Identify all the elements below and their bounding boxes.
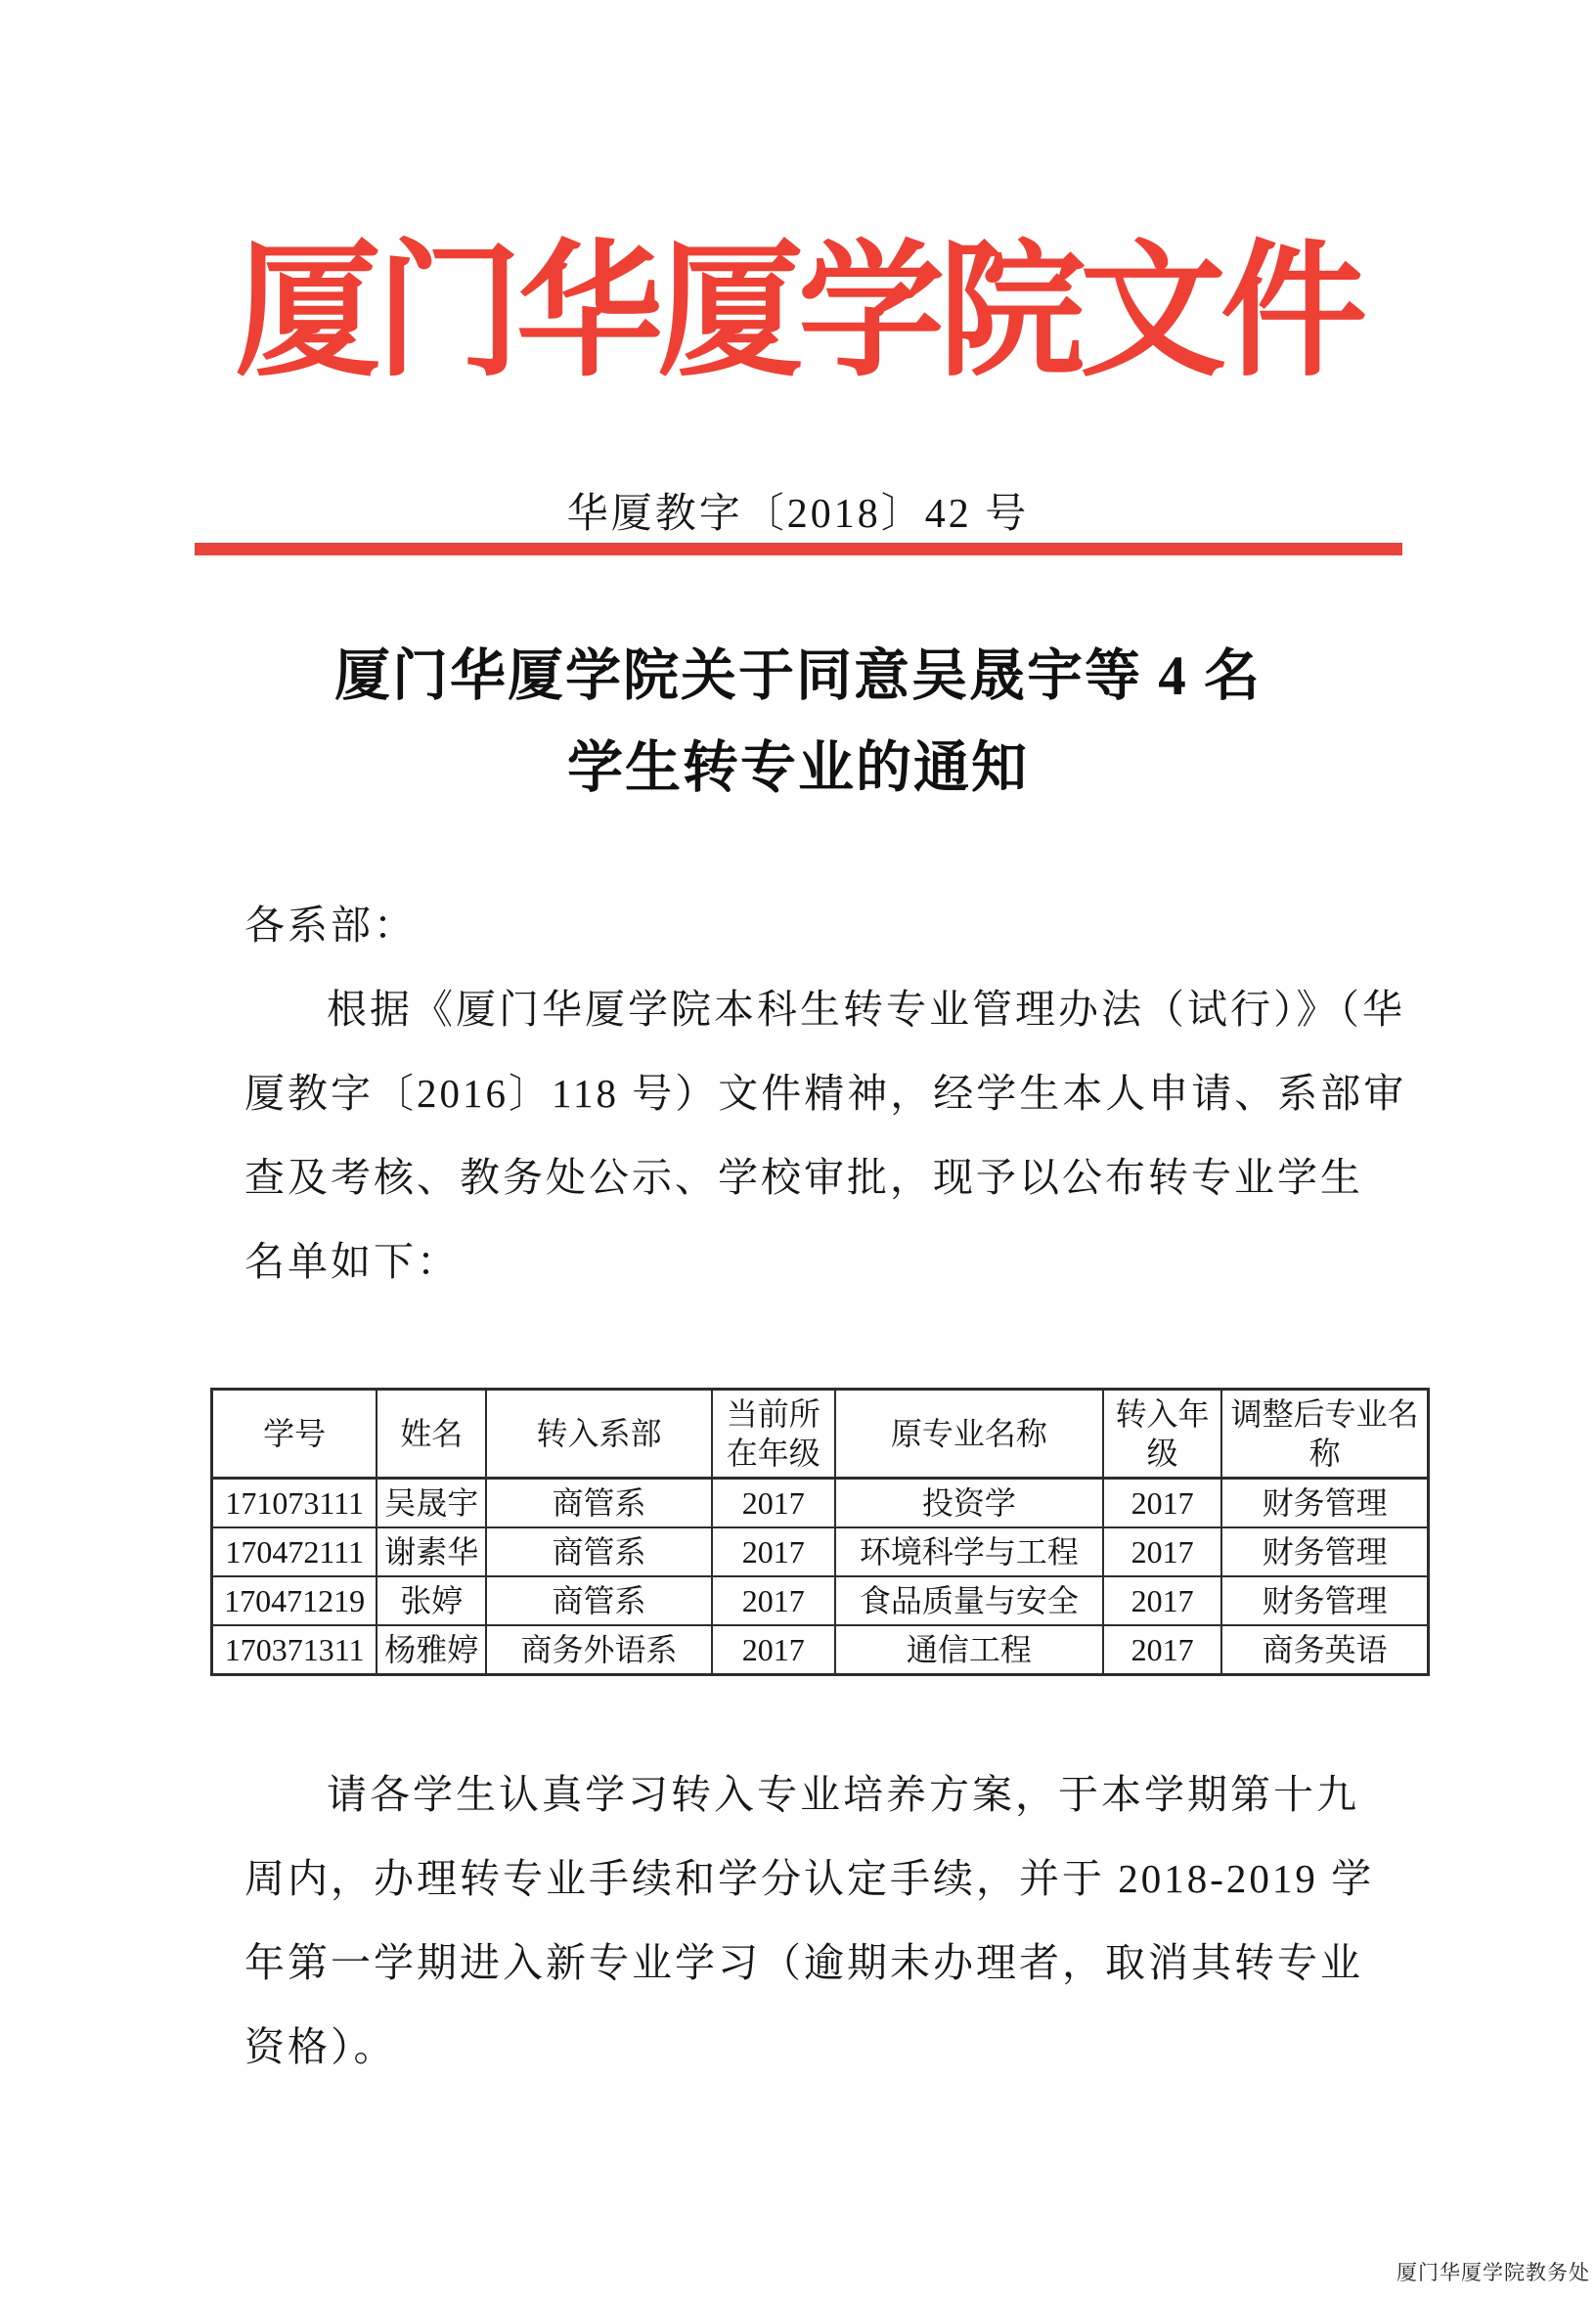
table-cell: 杨雅婷 (377, 1625, 486, 1675)
intro-paragraph: 各系部： 根据《厦门华厦学院本科生转专业管理办法（试行）》（华 厦教字〔2016… (244, 883, 1408, 1304)
table-cell: 商管系 (486, 1576, 712, 1625)
column-header-student-id: 学号 (212, 1390, 377, 1479)
table-cell: 商管系 (486, 1479, 712, 1528)
salutation: 各系部： (244, 883, 1408, 967)
intro-line-1: 根据《厦门华厦学院本科生转专业管理办法（试行）》（华 (244, 967, 1408, 1051)
footer-issuer: 厦门华厦学院教务处 (1396, 2257, 1590, 2286)
column-header-name: 姓名 (377, 1390, 486, 1479)
students-table: 学号 姓名 转入系部 当前所在年级 原专业名称 转入年级 调整后专业名称 171… (210, 1388, 1430, 1676)
table-cell: 170471219 (212, 1576, 377, 1625)
table-cell: 170371311 (212, 1625, 377, 1675)
table-cell: 商管系 (486, 1527, 712, 1576)
intro-line-3: 查及考核、教务处公示、学校审批，现予以公布转专业学生 (244, 1135, 1408, 1219)
table-cell: 170472111 (212, 1527, 377, 1576)
closing-line-3: 年第一学期进入新专业学习（逾期未办理者，取消其转专业 (244, 1921, 1408, 2005)
document-page: 厦门华厦学院文件 华厦教字〔2018〕42 号 厦门华厦学院关于同意吴晟宇等 4… (0, 0, 1596, 2300)
table-cell: 财务管理 (1221, 1479, 1428, 1528)
intro-line-2: 厦教字〔2016〕118 号）文件精神，经学生本人申请、系部审 (244, 1051, 1408, 1135)
doc-number: 华厦教字〔2018〕42 号 (0, 481, 1596, 540)
table-cell: 通信工程 (835, 1625, 1103, 1675)
table-cell: 环境科学与工程 (835, 1527, 1103, 1576)
table-cell: 2017 (1103, 1576, 1221, 1625)
table-cell: 2017 (712, 1625, 835, 1675)
notice-title: 厦门华厦学院关于同意吴晟宇等 4 名 学生转专业的通知 (0, 631, 1596, 815)
closing-line-2: 周内，办理转专业手续和学分认定手续，并于 2018-2019 学 (244, 1836, 1408, 1921)
column-header-department: 转入系部 (486, 1390, 712, 1479)
notice-title-line-1: 厦门华厦学院关于同意吴晟宇等 4 名 (0, 631, 1596, 723)
table-cell: 食品质量与安全 (835, 1576, 1103, 1625)
table-cell: 2017 (712, 1479, 835, 1528)
closing-paragraph: 请各学生认真学习转入专业培养方案，于本学期第十九 周内，办理转专业手续和学分认定… (244, 1752, 1408, 2089)
table-row: 171073111 吴晟宇 商管系 2017 投资学 2017 财务管理 (212, 1479, 1429, 1528)
table-cell: 2017 (712, 1527, 835, 1576)
table-cell: 投资学 (835, 1479, 1103, 1528)
closing-line-4: 资格）。 (244, 2005, 1408, 2089)
table-cell: 2017 (712, 1576, 835, 1625)
table-cell: 171073111 (212, 1479, 377, 1528)
column-header-new-major: 调整后专业名称 (1221, 1390, 1428, 1479)
table-cell: 2017 (1103, 1625, 1221, 1675)
table-cell: 2017 (1103, 1527, 1221, 1576)
table-cell: 商务外语系 (486, 1625, 712, 1675)
column-header-transfer-grade: 转入年级 (1103, 1390, 1221, 1479)
table-header-row: 学号 姓名 转入系部 当前所在年级 原专业名称 转入年级 调整后专业名称 (212, 1390, 1429, 1479)
table-row: 170471219 张婷 商管系 2017 食品质量与安全 2017 财务管理 (212, 1576, 1429, 1625)
table-cell: 张婷 (377, 1576, 486, 1625)
table-row: 170371311 杨雅婷 商务外语系 2017 通信工程 2017 商务英语 (212, 1625, 1429, 1675)
table-cell: 2017 (1103, 1479, 1221, 1528)
red-divider (195, 543, 1402, 555)
column-header-original-major: 原专业名称 (835, 1390, 1103, 1479)
table-cell: 吴晟宇 (377, 1479, 486, 1528)
table-cell: 商务英语 (1221, 1625, 1428, 1675)
column-header-current-grade: 当前所在年级 (712, 1390, 835, 1479)
table-row: 170472111 谢素华 商管系 2017 环境科学与工程 2017 财务管理 (212, 1527, 1429, 1576)
table-cell: 财务管理 (1221, 1576, 1428, 1625)
table-cell: 谢素华 (377, 1527, 486, 1576)
intro-line-4: 名单如下： (244, 1219, 1408, 1304)
letterhead-title: 厦门华厦学院文件 (0, 233, 1596, 394)
closing-line-1: 请各学生认真学习转入专业培养方案，于本学期第十九 (244, 1752, 1408, 1836)
table-cell: 财务管理 (1221, 1527, 1428, 1576)
notice-title-line-2: 学生转专业的通知 (0, 723, 1596, 815)
